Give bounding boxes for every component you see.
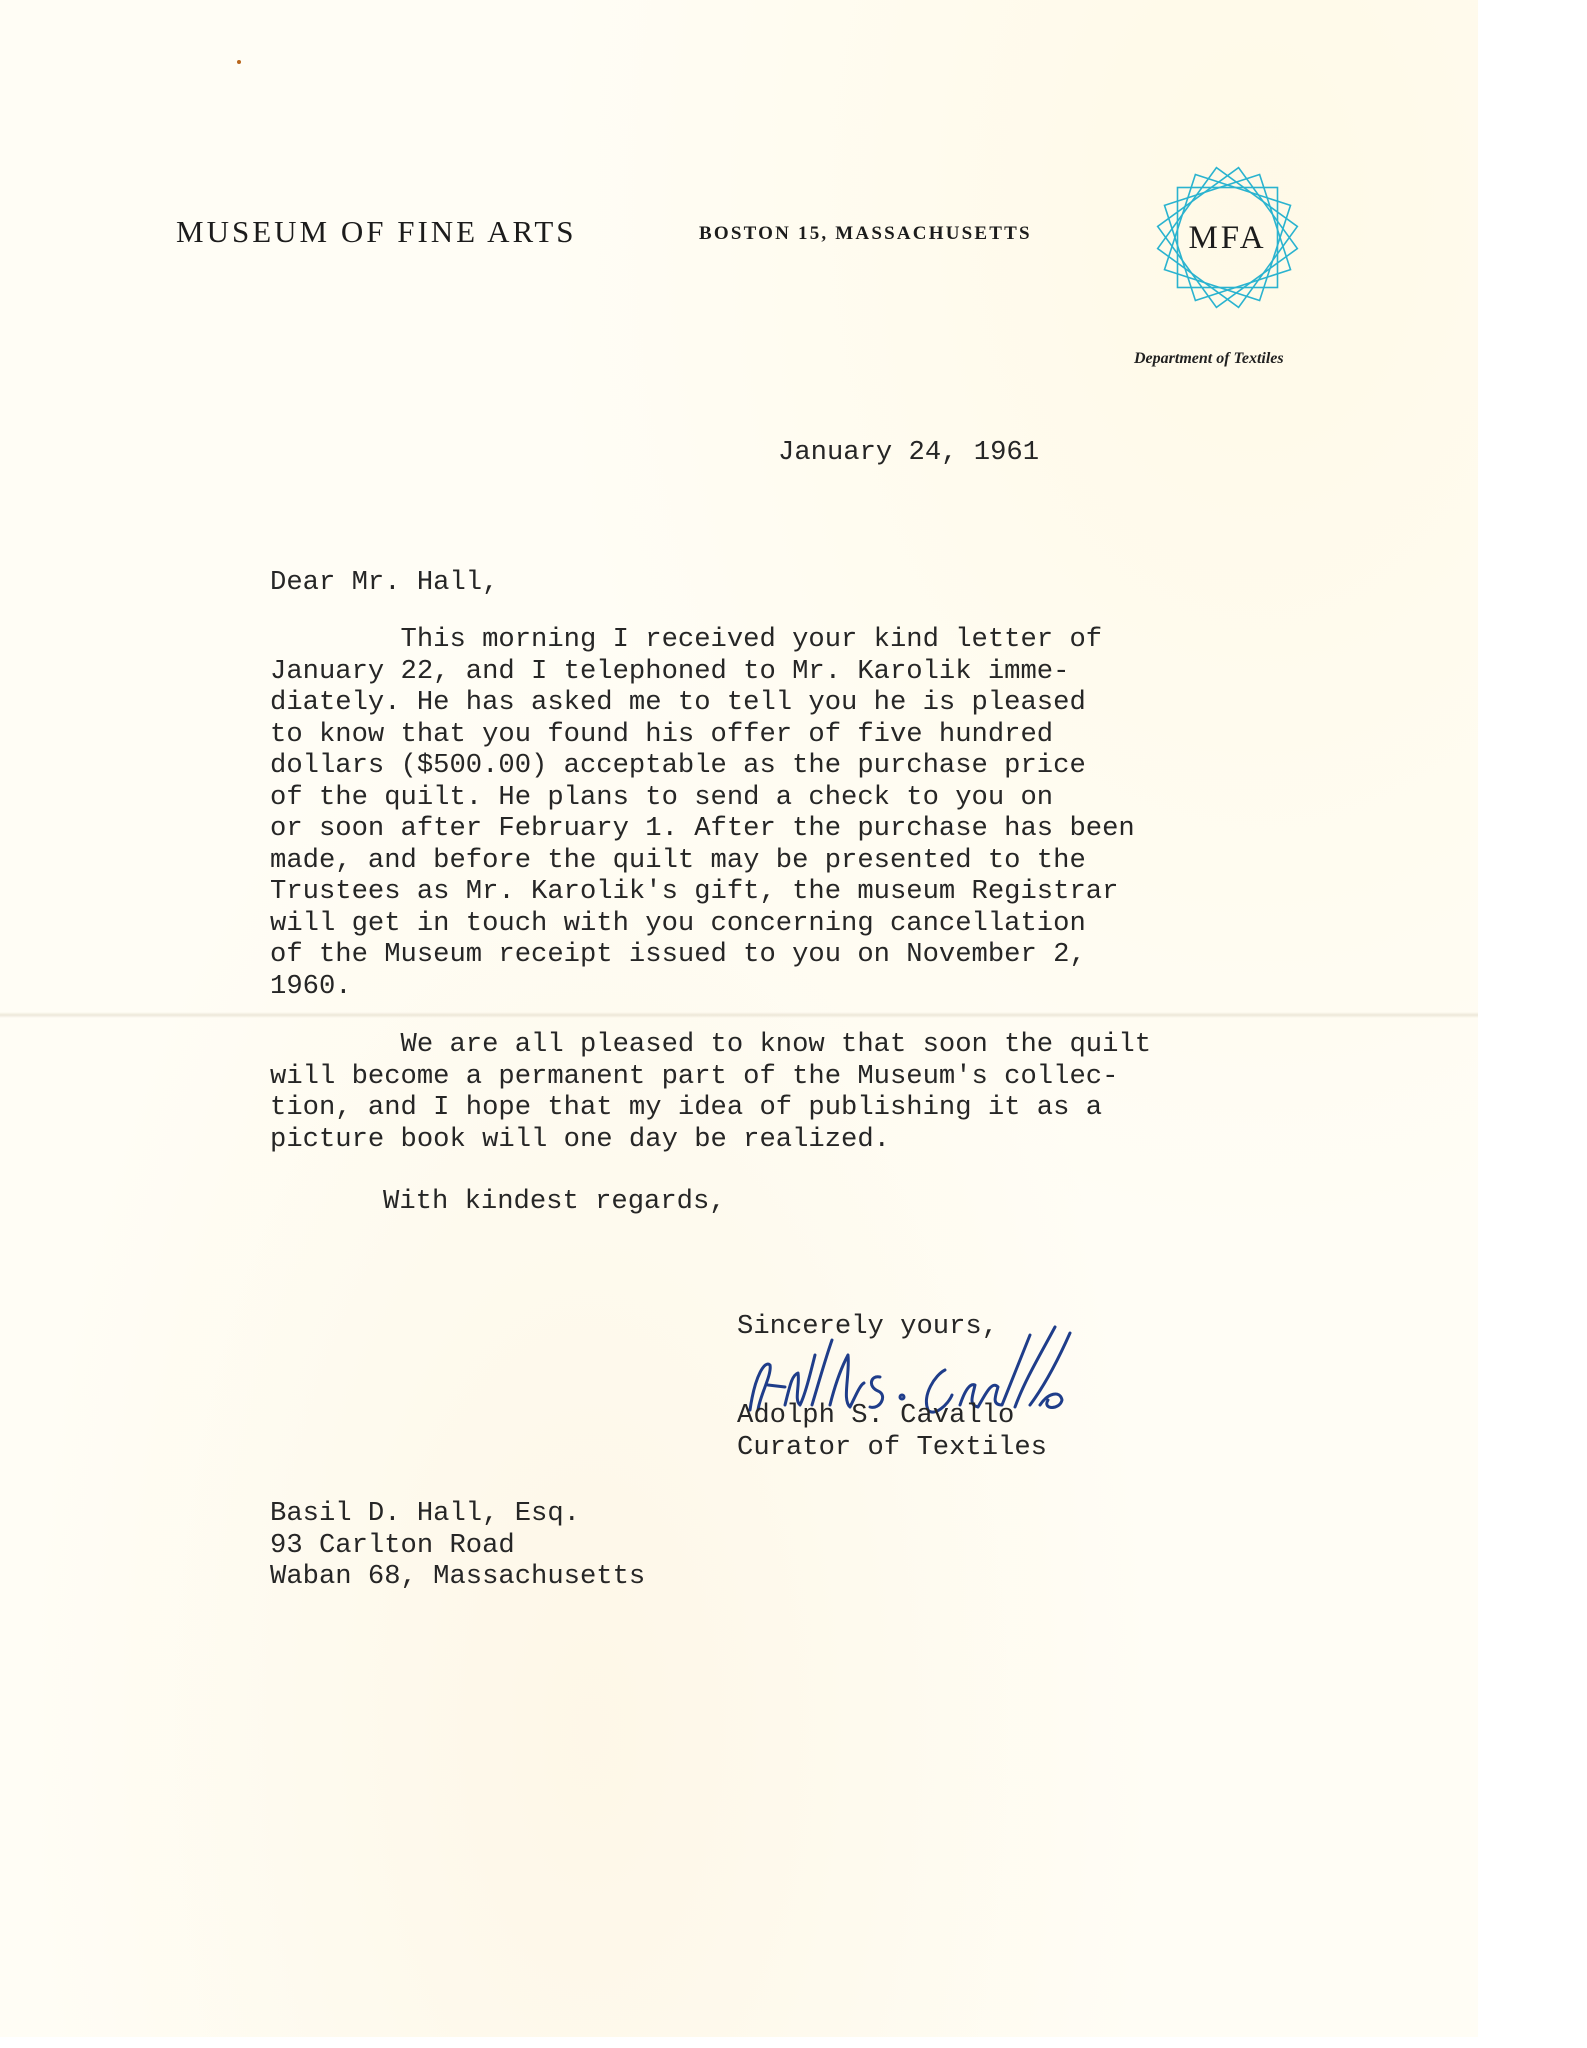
recipient-name: Basil D. Hall, Esq. bbox=[270, 1498, 580, 1529]
paper-speck bbox=[237, 60, 241, 64]
closing-line: With kindest regards, bbox=[383, 1186, 726, 1218]
recipient-street: 93 Carlton Road bbox=[270, 1530, 515, 1561]
institution-city: BOSTON 15, MASSACHUSETTS bbox=[699, 223, 1032, 245]
letter-date: January 24, 1961 bbox=[778, 437, 1039, 469]
fold-crease bbox=[0, 1012, 1478, 1018]
mfa-star-emblem-icon: MFA bbox=[1140, 150, 1315, 325]
body-paragraph-2: We are all pleased to know that soon the… bbox=[270, 1029, 1151, 1155]
body-paragraph-1: This morning I received your kind letter… bbox=[270, 624, 1135, 1002]
letter-page: MUSEUM OF FINE ARTS BOSTON 15, MASSACHUS… bbox=[0, 0, 1478, 2037]
signer-block: Adolph S. Cavallo Curator of Textiles bbox=[737, 1400, 1047, 1463]
institution-name: MUSEUM OF FINE ARTS bbox=[176, 214, 577, 250]
signer-title: Curator of Textiles bbox=[737, 1432, 1047, 1463]
recipient-city: Waban 68, Massachusetts bbox=[270, 1561, 645, 1592]
signer-name: Adolph S. Cavallo bbox=[737, 1400, 1014, 1431]
recipient-address: Basil D. Hall, Esq. 93 Carlton Road Waba… bbox=[270, 1498, 645, 1593]
logo-text: MFA bbox=[1188, 220, 1266, 256]
department-name: Department of Textiles bbox=[1134, 350, 1284, 368]
salutation: Dear Mr. Hall, bbox=[270, 567, 498, 599]
